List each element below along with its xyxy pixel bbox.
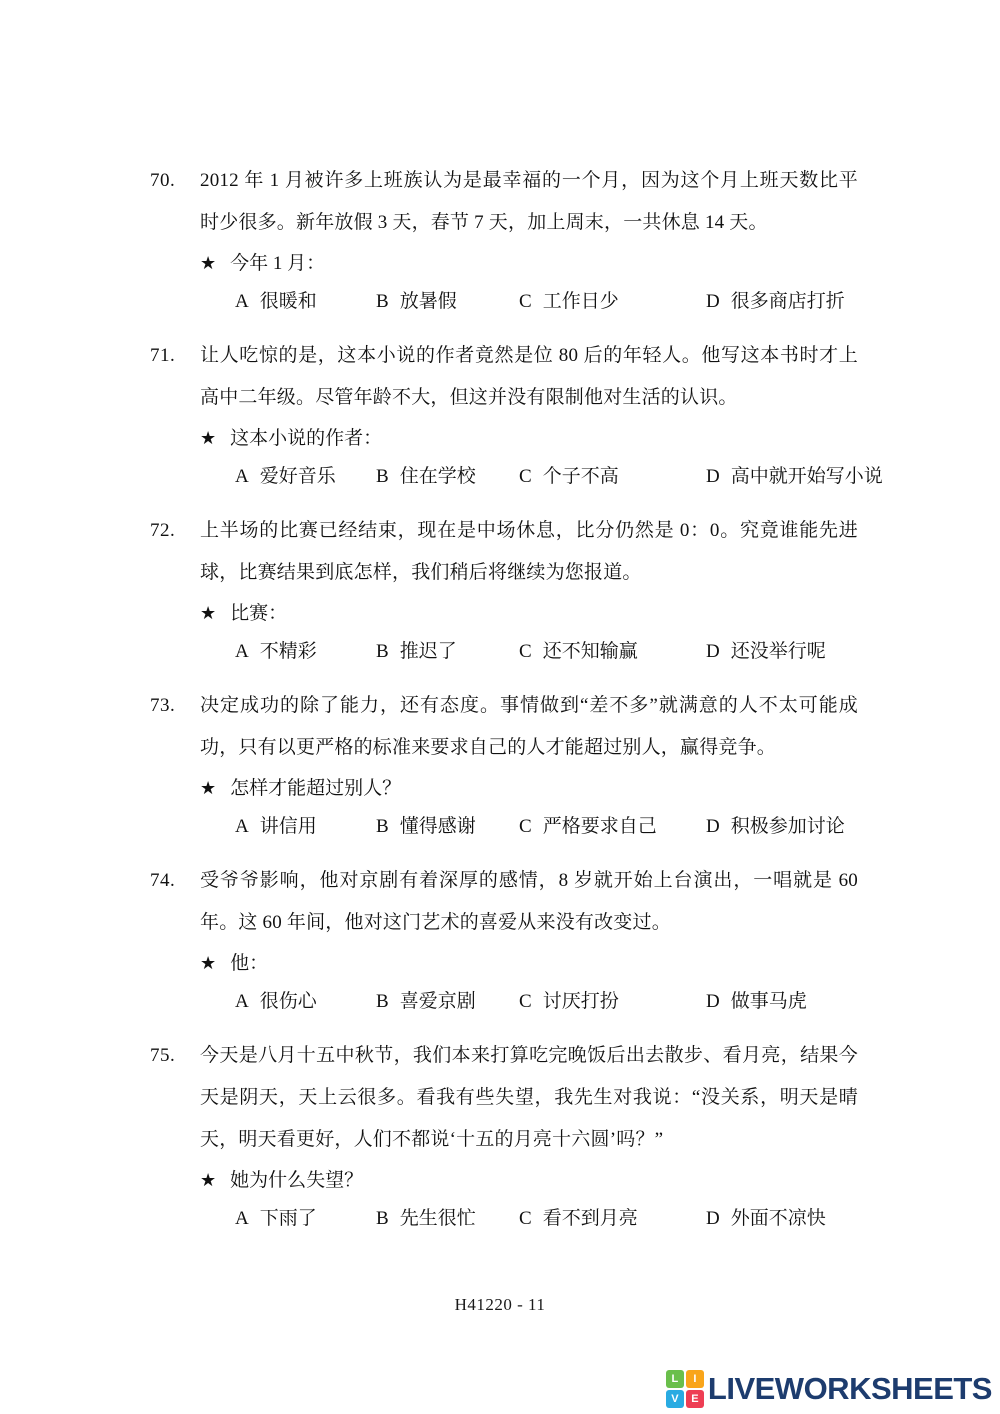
option-letter: C [519, 458, 532, 496]
question-prompt: ★ 他： [200, 944, 858, 983]
question-prompt: ★ 这本小说的作者： [200, 419, 858, 458]
option-c: C 严格要求自己 [519, 808, 706, 846]
question-number: 73. [150, 685, 175, 727]
option-letter: B [376, 1200, 389, 1238]
question-block-74: 74. 受爷爷影响，他对京剧有着深厚的感情，8 岁就开始上台演出，一唱就是 60… [150, 860, 858, 1021]
option-text: 还不知输赢 [543, 633, 638, 671]
question-block-70: 70. 2012 年 1 月被许多上班族认为是最幸福的一个月，因为这个月上班天数… [150, 160, 858, 321]
question-passage: 让人吃惊的是，这本小说的作者竟然是位 80 后的年轻人。他写这本书时才上高中二年… [200, 335, 858, 419]
star-icon: ★ [200, 1161, 216, 1199]
option-letter: B [376, 983, 389, 1021]
prompt-text: 他： [230, 945, 268, 983]
question-block-71: 71. 让人吃惊的是，这本小说的作者竟然是位 80 后的年轻人。他写这本书时才上… [150, 335, 858, 496]
option-b: B 懂得感谢 [376, 808, 519, 846]
option-text: 讲信用 [260, 808, 317, 846]
option-text: 看不到月亮 [543, 1200, 638, 1238]
question-passage: 上半场的比赛已经结束，现在是中场休息，比分仍然是 0：0。究竟谁能先进球，比赛结… [200, 510, 858, 594]
option-letter: C [519, 808, 532, 846]
options-row: A 很伤心 B 喜爱京剧 C 讨厌打扮 D 做事马虎 [200, 983, 858, 1021]
option-text: 爱好音乐 [260, 458, 336, 496]
option-c: C 讨厌打扮 [519, 983, 706, 1021]
option-letter: A [235, 283, 249, 321]
question-number: 74. [150, 860, 175, 902]
brand-tile-v: V [666, 1390, 684, 1408]
option-text: 工作日少 [543, 283, 619, 321]
brand-wordmark: LIVEWORKSHEETS [708, 1371, 992, 1407]
option-text: 还没举行呢 [731, 633, 826, 671]
option-d: D 做事马虎 [706, 983, 858, 1021]
option-letter: C [519, 1200, 532, 1238]
question-block-73: 73. 决定成功的除了能力，还有态度。事情做到“差不多”就满意的人不太可能成功，… [150, 685, 858, 846]
prompt-text: 这本小说的作者： [230, 420, 382, 458]
options-row: A 很暖和 B 放暑假 C 工作日少 D 很多商店打折 [200, 283, 858, 321]
question-number: 72. [150, 510, 175, 552]
liveworksheets-logo[interactable]: L I V E LIVEWORKSHEETS [666, 1370, 992, 1408]
option-c: C 看不到月亮 [519, 1200, 706, 1238]
option-a: A 很伤心 [235, 983, 376, 1021]
option-c: C 还不知输赢 [519, 633, 706, 671]
option-text: 懂得感谢 [400, 808, 476, 846]
star-icon: ★ [200, 944, 216, 982]
option-text: 喜爱京剧 [400, 983, 476, 1021]
question-passage: 2012 年 1 月被许多上班族认为是最幸福的一个月，因为这个月上班天数比平时少… [200, 160, 858, 244]
option-text: 推迟了 [400, 633, 457, 671]
question-passage: 决定成功的除了能力，还有态度。事情做到“差不多”就满意的人不太可能成功，只有以更… [200, 685, 858, 769]
option-letter: A [235, 983, 249, 1021]
option-d: D 高中就开始写小说 [706, 458, 883, 496]
option-text: 先生很忙 [400, 1200, 476, 1238]
brand-tile-l: L [666, 1370, 684, 1388]
option-letter: D [706, 983, 720, 1021]
option-a: A 不精彩 [235, 633, 376, 671]
option-letter: A [235, 633, 249, 671]
brand-tile-i: I [686, 1370, 704, 1388]
option-letter: C [519, 983, 532, 1021]
option-letter: A [235, 1200, 249, 1238]
option-c: C 个子不高 [519, 458, 706, 496]
option-b: B 住在学校 [376, 458, 519, 496]
brand-tile-e: E [686, 1390, 704, 1408]
option-letter: D [706, 808, 720, 846]
option-text: 高中就开始写小说 [731, 458, 883, 496]
option-d: D 积极参加讨论 [706, 808, 858, 846]
star-icon: ★ [200, 244, 216, 282]
option-letter: D [706, 1200, 720, 1238]
options-row: A 讲信用 B 懂得感谢 C 严格要求自己 D 积极参加讨论 [200, 808, 858, 846]
option-d: D 很多商店打折 [706, 283, 858, 321]
option-letter: D [706, 283, 720, 321]
prompt-text: 今年 1 月： [230, 245, 325, 283]
worksheet-page: 70. 2012 年 1 月被许多上班族认为是最幸福的一个月，因为这个月上班天数… [0, 0, 1000, 1414]
prompt-text: 她为什么失望？ [230, 1162, 363, 1200]
option-b: B 放暑假 [376, 283, 519, 321]
question-prompt: ★ 她为什么失望？ [200, 1161, 858, 1200]
option-b: B 推迟了 [376, 633, 519, 671]
option-text: 积极参加讨论 [731, 808, 845, 846]
option-a: A 很暖和 [235, 283, 376, 321]
option-a: A 下雨了 [235, 1200, 376, 1238]
option-a: A 爱好音乐 [235, 458, 376, 496]
star-icon: ★ [200, 769, 216, 807]
liveworksheets-tiles-icon: L I V E [666, 1370, 704, 1408]
question-block-75: 75. 今天是八月十五中秋节，我们本来打算吃完晚饭后出去散步、看月亮，结果今天是… [150, 1035, 858, 1238]
option-d: D 还没举行呢 [706, 633, 858, 671]
prompt-text: 怎样才能超过别人？ [230, 770, 401, 808]
questions-section: 70. 2012 年 1 月被许多上班族认为是最幸福的一个月，因为这个月上班天数… [150, 160, 858, 1252]
prompt-text: 比赛： [230, 595, 287, 633]
option-text: 住在学校 [400, 458, 476, 496]
option-b: B 先生很忙 [376, 1200, 519, 1238]
option-text: 讨厌打扮 [543, 983, 619, 1021]
option-letter: C [519, 283, 532, 321]
option-letter: D [706, 633, 720, 671]
option-text: 个子不高 [543, 458, 619, 496]
option-text: 很暖和 [260, 283, 317, 321]
option-letter: A [235, 458, 249, 496]
option-letter: B [376, 633, 389, 671]
option-c: C 工作日少 [519, 283, 706, 321]
option-text: 很伤心 [260, 983, 317, 1021]
star-icon: ★ [200, 594, 216, 632]
question-number: 70. [150, 160, 175, 202]
option-text: 不精彩 [260, 633, 317, 671]
option-a: A 讲信用 [235, 808, 376, 846]
option-text: 严格要求自己 [543, 808, 657, 846]
question-prompt: ★ 怎样才能超过别人？ [200, 769, 858, 808]
question-passage: 受爷爷影响，他对京剧有着深厚的感情，8 岁就开始上台演出，一唱就是 60 年。这… [200, 860, 858, 944]
option-text: 外面不凉快 [731, 1200, 826, 1238]
question-number: 71. [150, 335, 175, 377]
page-footer-code: H41220 - 11 [0, 1293, 1000, 1317]
option-text: 很多商店打折 [731, 283, 845, 321]
star-icon: ★ [200, 419, 216, 457]
option-letter: A [235, 808, 249, 846]
options-row: A 不精彩 B 推迟了 C 还不知输赢 D 还没举行呢 [200, 633, 858, 671]
question-number: 75. [150, 1035, 175, 1077]
option-letter: C [519, 633, 532, 671]
question-passage: 今天是八月十五中秋节，我们本来打算吃完晚饭后出去散步、看月亮，结果今天是阴天，天… [200, 1035, 858, 1161]
question-prompt: ★ 今年 1 月： [200, 244, 858, 283]
options-row: A 下雨了 B 先生很忙 C 看不到月亮 D 外面不凉快 [200, 1200, 858, 1238]
option-letter: B [376, 458, 389, 496]
option-letter: B [376, 808, 389, 846]
option-text: 放暑假 [400, 283, 457, 321]
option-d: D 外面不凉快 [706, 1200, 858, 1238]
question-block-72: 72. 上半场的比赛已经结束，现在是中场休息，比分仍然是 0：0。究竟谁能先进球… [150, 510, 858, 671]
question-prompt: ★ 比赛： [200, 594, 858, 633]
option-letter: D [706, 458, 720, 496]
options-row: A 爱好音乐 B 住在学校 C 个子不高 D 高中就开始写小说 [200, 458, 858, 496]
option-text: 下雨了 [260, 1200, 317, 1238]
option-text: 做事马虎 [731, 983, 807, 1021]
option-letter: B [376, 283, 389, 321]
option-b: B 喜爱京剧 [376, 983, 519, 1021]
